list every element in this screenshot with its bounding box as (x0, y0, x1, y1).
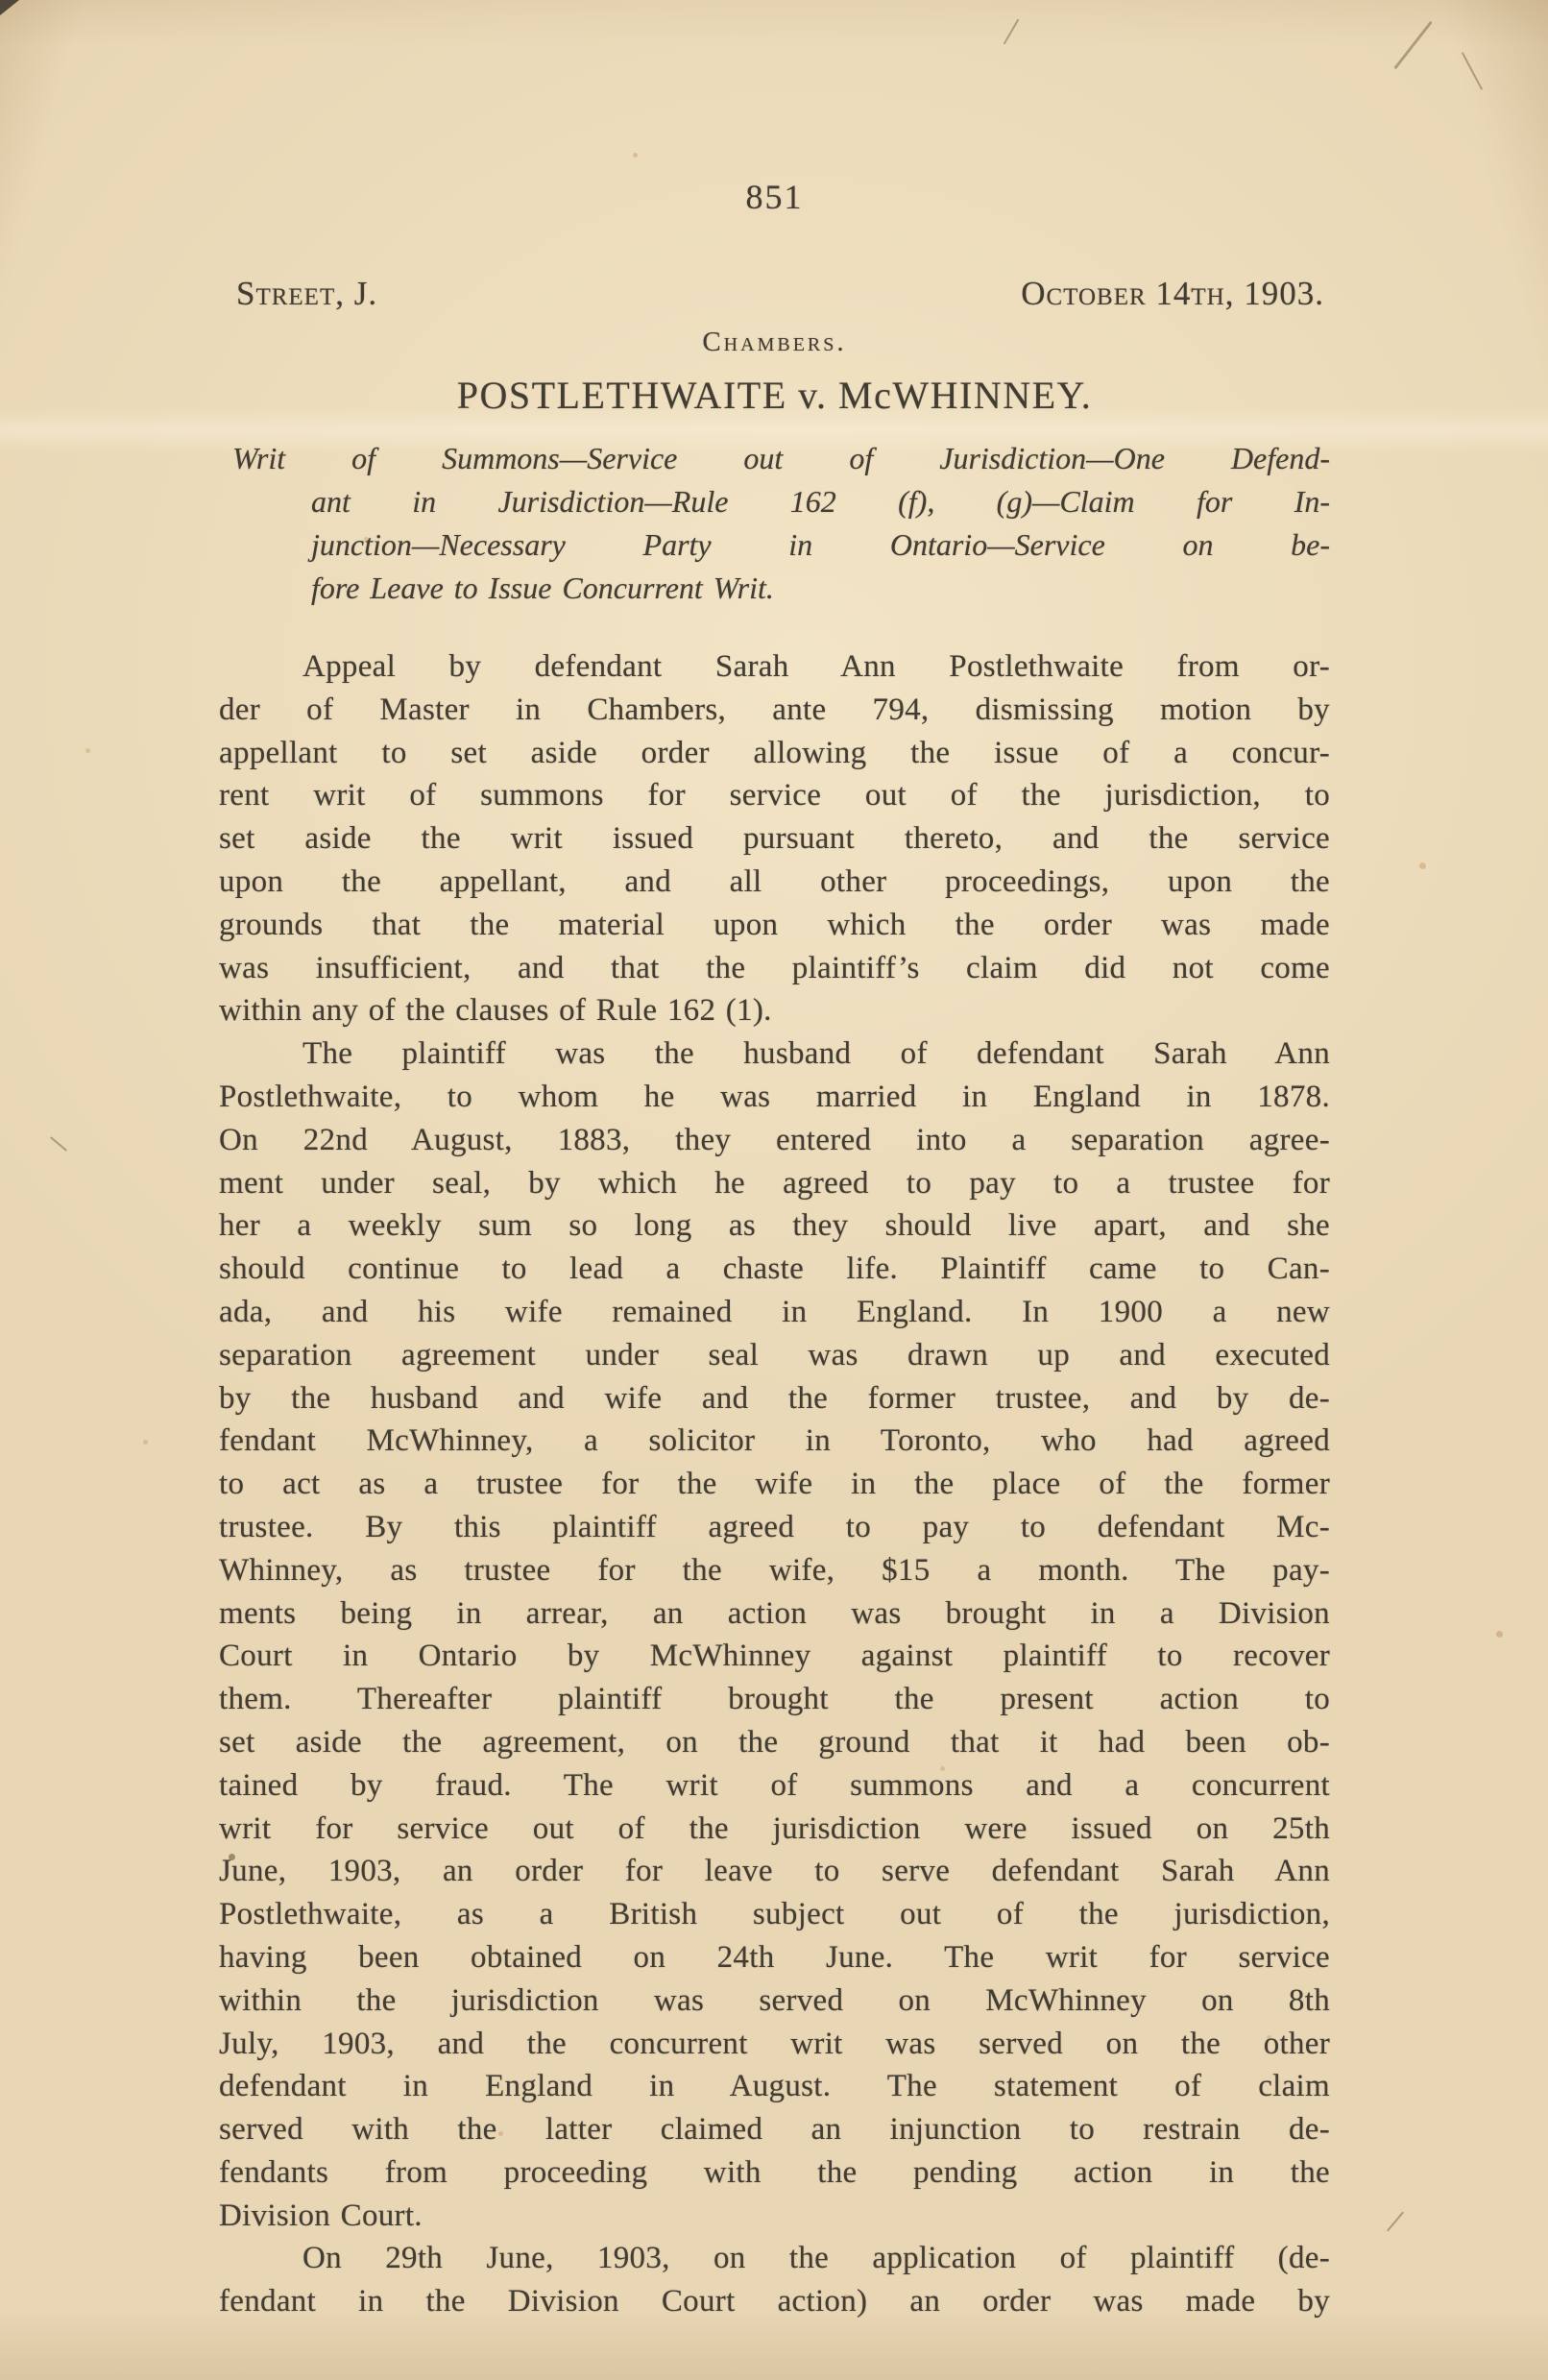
body-line: to act as a trustee for the wife in the … (219, 1463, 1330, 1506)
paper-speckles (0, 0, 3, 3)
body-line: der of Master in Chambers, ante 794, dis… (219, 689, 1330, 732)
body-line: appellant to set aside order allowing th… (219, 732, 1330, 775)
scan-scratch-mark (1387, 2211, 1404, 2231)
body-line: On 29th June, 1903, on the application o… (219, 2237, 1330, 2280)
headnote: Writ of Summons—Service out of Jurisdict… (232, 437, 1330, 610)
body-line: ments being in arrear, an action was bro… (219, 1592, 1330, 1636)
body-line: writ for service out of the jurisdiction… (219, 1808, 1330, 1851)
body-line: set aside the writ issued pursuant there… (219, 817, 1330, 861)
headnote-line: Writ of Summons—Service out of Jurisdict… (232, 437, 1330, 480)
headnote-line: junction—Necessary Party in Ontario—Serv… (232, 523, 1330, 567)
body-line: ment under seal, by which he agreed to p… (219, 1162, 1330, 1205)
text-column: 851 Street, J. October 14th, 1903. Chamb… (219, 0, 1330, 2380)
scanned-page: 851 Street, J. October 14th, 1903. Chamb… (0, 0, 1548, 2380)
body-line: her a weekly sum so long as they should … (219, 1204, 1330, 1248)
body-line: by the husband and wife and the former t… (219, 1377, 1330, 1421)
body-line: them. Thereafter plaintiff brought the p… (219, 1678, 1330, 1721)
body-line: separation agreement under seal was draw… (219, 1334, 1330, 1377)
body-line: grounds that the material upon which the… (219, 904, 1330, 947)
page-number: 851 (219, 177, 1330, 217)
body-line: tained by fraud. The writ of summons and… (219, 1764, 1330, 1808)
body-line: rent writ of summons for service out of … (219, 774, 1330, 817)
body-line: The plaintiff was the husband of defenda… (219, 1032, 1330, 1076)
body-line: On 22nd August, 1883, they entered into … (219, 1119, 1330, 1162)
body-line: within the jurisdiction was served on Mc… (219, 1979, 1330, 2023)
body-line: should continue to lead a chaste life. P… (219, 1248, 1330, 1291)
body-line: ada, and his wife remained in England. I… (219, 1291, 1330, 1334)
judge-name: Street, J. (236, 275, 377, 313)
body-line: fendant McWhinney, a solicitor in Toront… (219, 1420, 1330, 1463)
body-line: defendant in England in August. The stat… (219, 2065, 1330, 2108)
body-line: Whinney, as trustee for the wife, $15 a … (219, 1549, 1330, 1592)
body-line: Postlethwaite, to whom he was married in… (219, 1076, 1330, 1119)
scan-scratch-mark (1462, 52, 1483, 90)
headnote-line: ant in Jurisdiction—Rule 162 (f), (g)—Cl… (232, 480, 1330, 523)
case-title: POSTLETHWAITE v. McWHINNEY. (219, 373, 1330, 418)
court-label: Chambers. (219, 327, 1330, 358)
body-line: upon the appellant, and all other procee… (219, 861, 1330, 904)
body-line: was insufficient, and that the plaintiff… (219, 947, 1330, 990)
body-line: trustee. By this plaintiff agreed to pay… (219, 1506, 1330, 1549)
body-line: Division Court. (219, 2195, 1330, 2238)
body-line: fendants from proceeding with the pendin… (219, 2151, 1330, 2195)
body-line: fendant in the Division Court action) an… (219, 2280, 1330, 2323)
report-header: Street, J. October 14th, 1903. (219, 275, 1330, 313)
body-line: Postlethwaite, as a British subject out … (219, 1893, 1330, 1936)
body-text: Appeal by defendant Sarah Ann Postlethwa… (219, 645, 1330, 2323)
scan-scratch-mark (50, 1136, 67, 1152)
body-line: Appeal by defendant Sarah Ann Postlethwa… (219, 645, 1330, 689)
body-line: having been obtained on 24th June. The w… (219, 1936, 1330, 1979)
body-line: July, 1903, and the concurrent writ was … (219, 2023, 1330, 2066)
scan-corner-mark (0, 0, 19, 15)
body-line: June, 1903, an order for leave to serve … (219, 1850, 1330, 1893)
body-line: served with the latter claimed an injunc… (219, 2108, 1330, 2151)
body-line: Court in Ontario by McWhinney against pl… (219, 1635, 1330, 1678)
headnote-line: fore Leave to Issue Concurrent Writ. (232, 567, 1330, 610)
body-line: set aside the agreement, on the ground t… (219, 1721, 1330, 1764)
body-line: within any of the clauses of Rule 162 (1… (219, 989, 1330, 1032)
scan-scratch-mark (1393, 21, 1433, 70)
decision-date: October 14th, 1903. (1021, 275, 1324, 313)
